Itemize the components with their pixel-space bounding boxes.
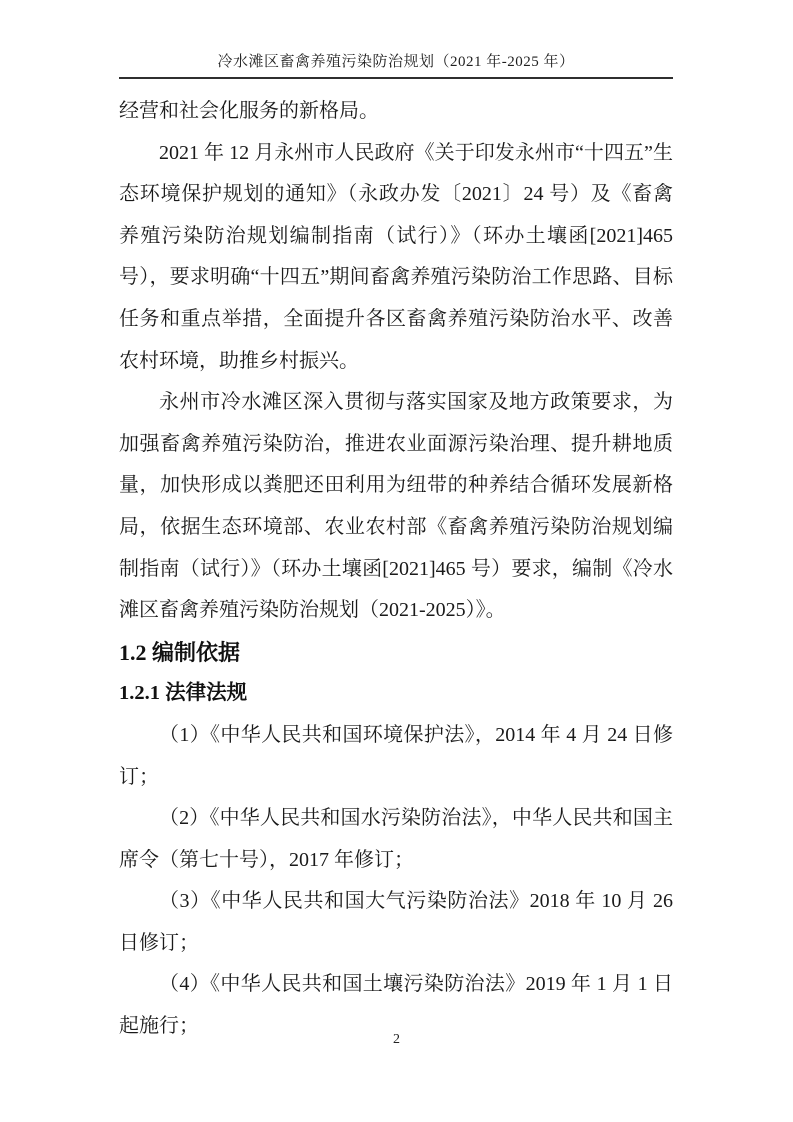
header-title: 冷水滩区畜禽养殖污染防治规划（2021 年-2025 年） <box>119 52 673 72</box>
page-footer: 2 <box>0 1030 793 1050</box>
document-body: 经营和社会化服务的新格局。 2021 年 12 月永州市人民政府《关于印发永州市… <box>119 91 673 1048</box>
header-rule <box>119 77 673 79</box>
section-heading-1-2: 1.2 编制依据 <box>119 632 673 674</box>
legal-item-1: （1）《中华人民共和国环境保护法》，2014 年 4 月 24 日修订； <box>119 715 673 798</box>
page-header: 冷水滩区畜禽养殖污染防治规划（2021 年-2025 年） <box>119 52 673 79</box>
page-number: 2 <box>393 1032 400 1047</box>
paragraph-continued: 经营和社会化服务的新格局。 <box>119 91 673 133</box>
paragraph-plan-basis: 永州市冷水滩区深入贯彻与落实国家及地方政策要求，为加强畜禽养殖污染防治，推进农业… <box>119 382 673 632</box>
subsection-heading-1-2-1: 1.2.1 法律法规 <box>119 673 673 715</box>
legal-item-2: （2）《中华人民共和国水污染防治法》，中华人民共和国主席令（第七十号），2017… <box>119 798 673 881</box>
legal-item-3: （3）《中华人民共和国大气污染防治法》2018 年 10 月 26 日修订； <box>119 881 673 964</box>
paragraph-policy-background: 2021 年 12 月永州市人民政府《关于印发永州市“十四五”生态环境保护规划的… <box>119 133 673 383</box>
document-page: 冷水滩区畜禽养殖污染防治规划（2021 年-2025 年） 经营和社会化服务的新… <box>0 0 793 1122</box>
